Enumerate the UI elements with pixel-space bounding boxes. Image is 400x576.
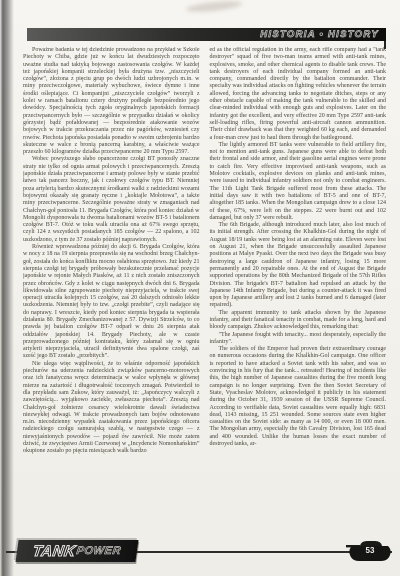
paragraph: "The Japanese fought with tenacity... mo… [210, 332, 387, 347]
scan-smudge [186, 0, 243, 14]
paragraph: Również wprowadzona później do akcji 6. … [23, 244, 200, 361]
binding-shadow [0, 0, 14, 576]
paragraph: ed as the official regulation in the arm… [210, 47, 387, 142]
logo-text-tank: TANK [32, 543, 77, 560]
text-column-polish: Poważne badania w tej dziedzinie prowadz… [23, 47, 200, 541]
article-body: Poważne badania w tej dziedzinie prowadz… [23, 47, 386, 541]
tank-power-logo: TANK POWER [15, 540, 138, 562]
paragraph: Wobec powyższego słabo opancerzone czołg… [23, 156, 200, 244]
paragraph: The soldiers of the Emperor had proven t… [210, 346, 387, 448]
section-title: HISTORIA • HISTORY [260, 29, 379, 40]
section-header-bar: HISTORIA • HISTORY [27, 28, 386, 41]
paragraph: The apparent immunity to tank attacks sh… [210, 310, 387, 332]
paragraph: The lightly armored BT tanks were vulner… [210, 142, 387, 222]
page-number: 53 [358, 546, 382, 555]
paragraph: Poważne badania w tej dziedzinie prowadz… [23, 47, 200, 156]
magazine-page: HISTORIA • HISTORY Poważne badania w tej… [0, 0, 400, 576]
paragraph: The 6th Brigade, although introduced muc… [210, 222, 387, 310]
tank-icon: 53 [346, 536, 392, 563]
text-column-english: ed as the official regulation in the arm… [210, 47, 387, 541]
paragraph: Nie ulega więc wątpliwości, że to właśni… [23, 361, 200, 456]
logo-text-power: POWER [76, 545, 122, 557]
